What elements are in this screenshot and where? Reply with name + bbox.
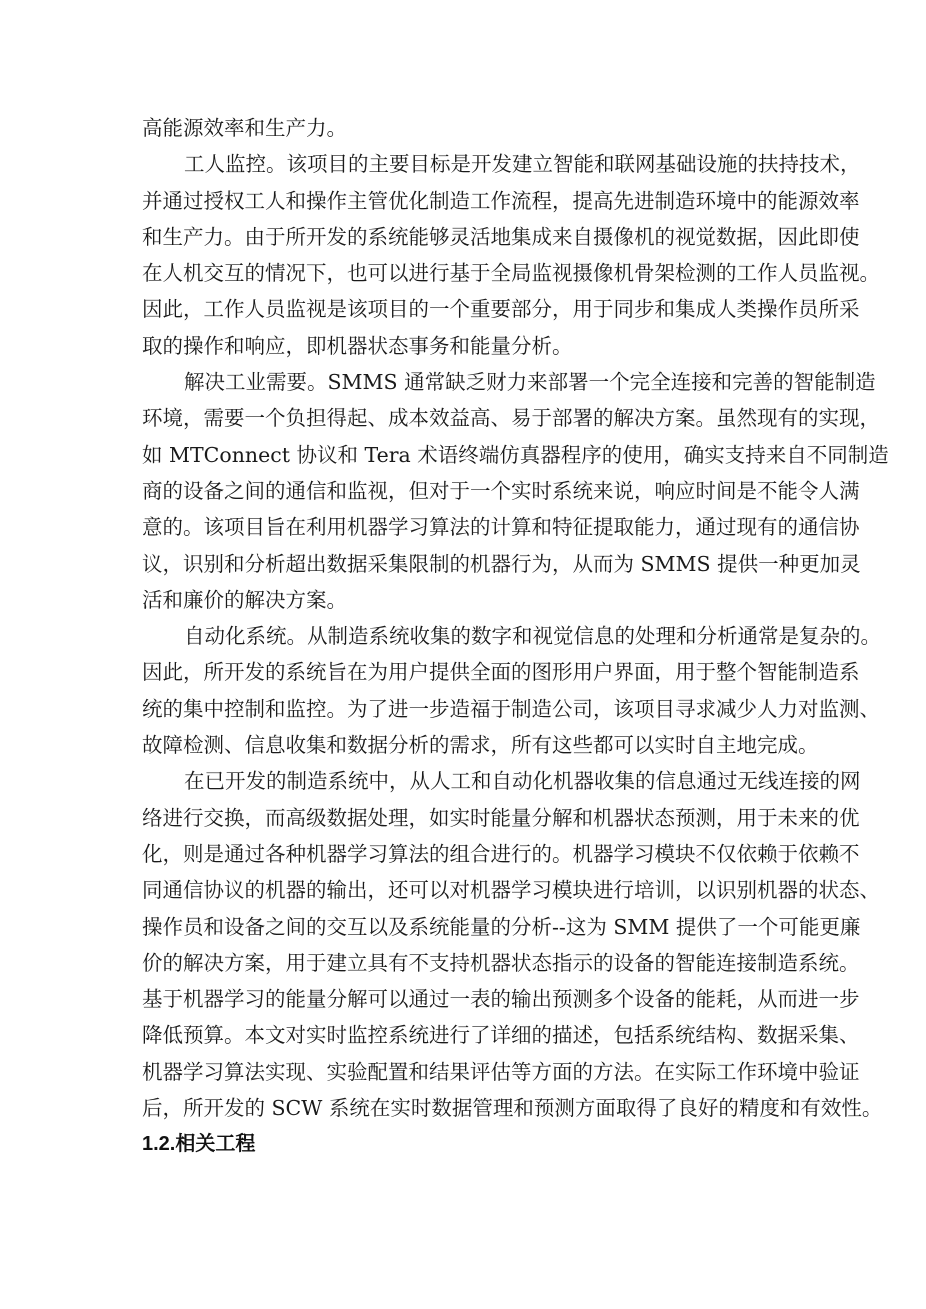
body-text: 高能源效率和生产力。工人监控。该项目的主要目标是开发建立智能和联网基础设施的扶持… [142, 110, 784, 1126]
text-line: 后，所开发的 SCW 系统在实时数据管理和预测方面取得了良好的精度和有效性。 [142, 1090, 784, 1126]
text-line: 并通过授权工人和操作主管优化制造工作流程，提高先进制造环境中的能源效率 [142, 183, 784, 219]
text-line: 络进行交换，而高级数据处理，如实时能量分解和机器状态预测，用于未来的优 [142, 800, 784, 836]
text-line: 解决工业需要。SMMS 通常缺乏财力来部署一个完全连接和完善的智能制造 [142, 364, 784, 400]
text-line: 活和廉价的解决方案。 [142, 582, 784, 618]
text-line: 高能源效率和生产力。 [142, 110, 784, 146]
text-line: 因此，工作人员监视是该项目的一个重要部分，用于同步和集成人类操作员所采 [142, 291, 784, 327]
text-line: 价的解决方案，用于建立具有不支持机器状态指示的设备的智能连接制造系统。 [142, 945, 784, 981]
text-line: 机器学习算法实现、实验配置和结果评估等方面的方法。在实际工作环境中验证 [142, 1054, 784, 1090]
text-line: 因此，所开发的系统旨在为用户提供全面的图形用户界面，用于整个智能制造系 [142, 654, 784, 690]
text-line: 降低预算。本文对实时监控系统进行了详细的描述，包括系统结构、数据采集、 [142, 1017, 784, 1053]
text-line: 化，则是通过各种机器学习算法的组合进行的。机器学习模块不仅依赖于依赖不 [142, 836, 784, 872]
text-line: 工人监控。该项目的主要目标是开发建立智能和联网基础设施的扶持技术， [142, 146, 784, 182]
text-line: 同通信协议的机器的输出，还可以对机器学习模块进行培训，以识别机器的状态、 [142, 872, 784, 908]
text-line: 环境，需要一个负担得起、成本效益高、易于部署的解决方案。虽然现有的实现， [142, 400, 784, 436]
text-line: 意的。该项目旨在利用机器学习算法的计算和特征提取能力，通过现有的通信协 [142, 509, 784, 545]
text-line: 自动化系统。从制造系统收集的数字和视觉信息的处理和分析通常是复杂的。 [142, 618, 784, 654]
text-line: 如 MTConnect 协议和 Tera 术语终端仿真器程序的使用，确实支持来自… [142, 437, 784, 473]
text-line: 在人机交互的情况下，也可以进行基于全局监视摄像机骨架检测的工作人员监视。 [142, 255, 784, 291]
text-line: 在已开发的制造系统中，从人工和自动化机器收集的信息通过无线连接的网 [142, 763, 784, 799]
text-line: 议，识别和分析超出数据采集限制的机器行为，从而为 SMMS 提供一种更加灵 [142, 546, 784, 582]
text-line: 商的设备之间的通信和监视，但对于一个实时系统来说，响应时间是不能令人满 [142, 473, 784, 509]
text-line: 基于机器学习的能量分解可以通过一表的输出预测多个设备的能耗，从而进一步 [142, 981, 784, 1017]
document-page: 高能源效率和生产力。工人监控。该项目的主要目标是开发建立智能和联网基础设施的扶持… [142, 110, 784, 1162]
text-line: 统的集中控制和监控。为了进一步造福于制造公司，该项目寻求减少人力对监测、 [142, 691, 784, 727]
text-line: 故障检测、信息收集和数据分析的需求，所有这些都可以实时自主地完成。 [142, 727, 784, 763]
text-line: 和生产力。由于所开发的系统能够灵活地集成来自摄像机的视觉数据，因此即使 [142, 219, 784, 255]
text-line: 取的操作和响应，即机器状态事务和能量分析。 [142, 328, 784, 364]
text-line: 操作员和设备之间的交互以及系统能量的分析--这为 SMM 提供了一个可能更廉 [142, 909, 784, 945]
section-heading: 1.2.相关工程 [142, 1126, 784, 1162]
